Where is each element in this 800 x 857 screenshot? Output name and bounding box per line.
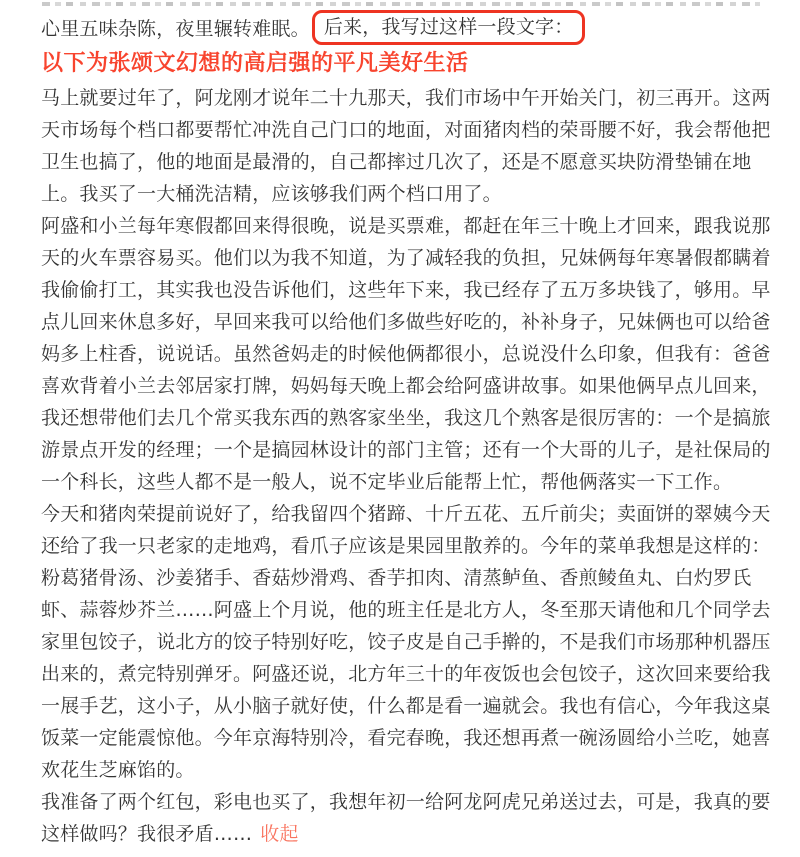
last-text-line: 这样做吗？我很矛盾……收起 xyxy=(41,818,762,850)
text-line: 家里包饺子，说北方的饺子特别好吃，饺子皮是自己手擀的，不是我们市场那种机器压 xyxy=(41,626,762,658)
highlighted-quote-box: 后来，我写过这样一段文字： xyxy=(312,10,586,45)
paragraph-1: 马上就要过年了，阿龙刚才说年二十九那天，我们市场中午开始关门，初三再开。这两 天… xyxy=(41,82,762,210)
collapse-link[interactable]: 收起 xyxy=(260,823,298,845)
text-line: 马上就要过年了，阿龙刚才说年二十九那天，我们市场中午开始关门，初三再开。这两 xyxy=(41,82,762,114)
text-line: 喜欢背着小兰去邻居家打牌，妈妈每天晚上都会给阿盛讲故事。如果他俩早点儿回来， xyxy=(41,370,762,402)
text-line: 欢花生芝麻馅的。 xyxy=(41,754,762,786)
paragraph-4: 我准备了两个红包，彩电也买了，我想年初一给阿龙阿虎兄弟送过去，可是，我真的要 这… xyxy=(41,786,762,850)
clipped-text-line xyxy=(42,2,760,6)
paragraph-2: 阿盛和小兰每年寒假都回来得很晚，说是买票难，都赶在年三十晚上才回来，跟我说那 天… xyxy=(41,210,762,498)
text-line: 天市场每个档口都要帮忙冲洗自己门口的地面，对面猪肉档的荣哥腰不好，我会帮他把 xyxy=(41,114,762,146)
text-line: 我准备了两个红包，彩电也买了，我想年初一给阿龙阿虎兄弟送过去，可是，我真的要 xyxy=(41,786,762,818)
text-line: 一展手艺，这小子，从小脑子就好使，什么都是看一遍就会。我也有信心，今年我这桌 xyxy=(41,690,762,722)
text-line: 这样做吗？我很矛盾…… xyxy=(41,823,252,845)
text-line: 点儿回来休息多好，早回来我可以给他们多做些好吃的，补补身子，兄妹俩也可以给爸 xyxy=(41,306,762,338)
paragraph-3: 今天和猪肉荣提前说好了，给我留四个猪蹄、十斤五花、五斤前尖；卖面饼的翠姨今天 还… xyxy=(41,498,762,786)
fantasy-heading: 以下为张颂文幻想的高启强的平凡美好生活 xyxy=(41,46,762,82)
text-line: 游景点开发的经理；一个是搞园林设计的部门主管；还有一个大哥的儿子，是社保局的 xyxy=(41,434,762,466)
text-line: 我还想带他们去几个常买我东西的熟客家坐坐，我这几个熟客是很厉害的：一个是搞旅 xyxy=(41,402,762,434)
text-line: 粉葛猪骨汤、沙姜猪手、香菇炒滑鸡、香芋扣肉、清蒸鲈鱼、香煎鲮鱼丸、白灼罗氏 xyxy=(41,562,762,594)
intro-line: 心里五味杂陈，夜里辗转难眠。 后来，我写过这样一段文字： xyxy=(41,8,762,46)
text-line: 天的火车票容易买。他们以为我不知道，为了减轻我的负担，兄妹俩每年寒暑假都瞒着 xyxy=(41,242,762,274)
text-line: 虾、蒜蓉炒芥兰……阿盛上个月说，他的班主任是北方人，冬至那天请他和几个同学去 xyxy=(41,594,762,626)
text-line: 我偷偷打工，其实我也没告诉他们，这些年下来，我已经存了五万多块钱了，够用。早 xyxy=(41,274,762,306)
text-line: 阿盛和小兰每年寒假都回来得很晚，说是买票难，都赶在年三十晚上才回来，跟我说那 xyxy=(41,210,762,242)
text-line: 出来的，煮完特别弹牙。阿盛还说，北方年三十的年夜饭也会包饺子，这次回来要给我 xyxy=(41,658,762,690)
text-line: 卫生也搞了，他的地面是最滑的，自己都摔过几次了，还是不愿意买块防滑垫铺在地 xyxy=(41,146,762,178)
text-line: 还给了我一只老家的走地鸡，看爪子应该是果园里散养的。今年的菜单我想是这样的： xyxy=(41,530,762,562)
text-line: 上。我买了一大桶洗洁精，应该够我们两个档口用了。 xyxy=(41,178,762,210)
article-body: 心里五味杂陈，夜里辗转难眠。 后来，我写过这样一段文字： 以下为张颂文幻想的高启… xyxy=(0,2,800,850)
text-line: 一个科长，这些人都不是一般人，说不定毕业后能帮上忙，帮他俩落实一下工作。 xyxy=(41,466,762,498)
text-line: 妈多上柱香，说说话。虽然爸妈走的时候他俩都很小，总说没什么印象，但我有：爸爸 xyxy=(41,338,762,370)
intro-lead-text: 心里五味杂陈，夜里辗转难眠。 xyxy=(41,14,310,41)
text-line: 今天和猪肉荣提前说好了，给我留四个猪蹄、十斤五花、五斤前尖；卖面饼的翠姨今天 xyxy=(41,498,762,530)
text-line: 饭菜一定能震惊他。今年京海特别冷，看完春晚，我还想再煮一碗汤圆给小兰吃，她喜 xyxy=(41,722,762,754)
